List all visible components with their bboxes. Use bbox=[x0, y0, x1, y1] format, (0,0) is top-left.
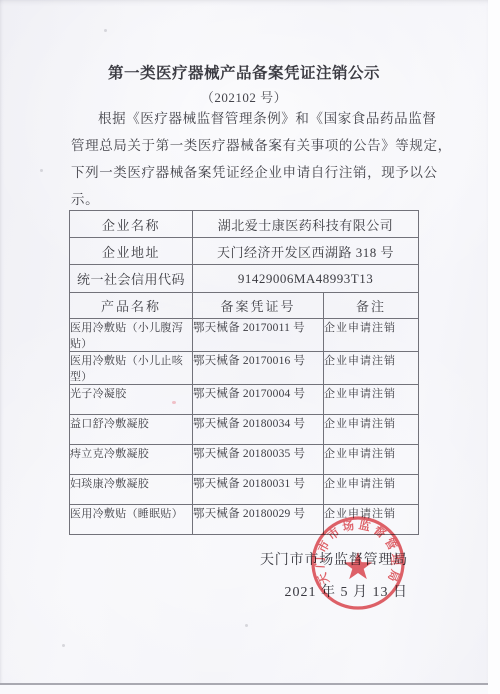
cert-number: 鄂天械备 20180034 号 bbox=[193, 415, 324, 445]
scan-speck bbox=[62, 644, 65, 647]
table-header-row: 产品名称 备案凭证号 备注 bbox=[70, 293, 419, 319]
svg-text:天门市市场监督管理局: 天门市市场监督管理局 bbox=[313, 517, 403, 586]
column-header-note: 备注 bbox=[324, 293, 419, 319]
product-name: 医用冷敷贴（小儿腹泻贴） bbox=[70, 319, 193, 352]
scan-edge-bottom bbox=[0, 685, 488, 694]
table-row: 企业名称 湖北爱士康医药科技有限公司 bbox=[70, 211, 419, 238]
remark: 企业申请注销 bbox=[324, 445, 419, 475]
filing-cancellation-table: 企业名称 湖北爱士康医药科技有限公司 企业地址 天门经济开发区西湖路 318 号… bbox=[69, 210, 419, 535]
column-header-product: 产品名称 bbox=[70, 293, 193, 319]
paragraph-line: 下列一类医疗器械备案凭证经企业申请自行注销，现予以公 bbox=[71, 159, 451, 186]
table-row: 统一社会信用代码 91429006MA48993T13 bbox=[70, 265, 419, 293]
remark: 企业申请注销 bbox=[324, 475, 419, 505]
cert-number: 鄂天械备 20180031 号 bbox=[193, 475, 324, 505]
credit-code-label: 统一社会信用代码 bbox=[70, 265, 193, 293]
paragraph-line: 根据《医疗器械监督管理条例》和《国家食品药品监督 bbox=[71, 105, 451, 132]
paragraph-line: 示。 bbox=[71, 186, 451, 213]
table-row: 痔立克冷敷凝胶 鄂天械备 20180035 号 企业申请注销 bbox=[70, 445, 419, 475]
table-row: 医用冷敷贴（小儿腹泻贴） 鄂天械备 20170011 号 企业申请注销 bbox=[70, 319, 419, 352]
scan-speck bbox=[245, 624, 248, 627]
product-name: 益口舒冷敷凝胶 bbox=[70, 415, 193, 445]
scan-speck bbox=[104, 29, 107, 32]
product-name: 妇琰康冷敷凝胶 bbox=[70, 475, 193, 505]
official-seal-stamp: 天门市市场监督管理局 bbox=[298, 503, 418, 623]
notice-paragraph: 根据《医疗器械监督管理条例》和《国家食品药品监督 管理总局关于第一类医疗器械备案… bbox=[71, 105, 451, 213]
product-name: 医用冷敷贴（小儿止咳型） bbox=[70, 352, 193, 385]
cert-number: 鄂天械备 20170011 号 bbox=[193, 319, 324, 352]
table-row: 医用冷敷贴（小儿止咳型） 鄂天械备 20170016 号 企业申请注销 bbox=[70, 352, 419, 385]
table-row: 企业地址 天门经济开发区西湖路 318 号 bbox=[70, 238, 419, 265]
table-row: 益口舒冷敷凝胶 鄂天械备 20180034 号 企业申请注销 bbox=[70, 415, 419, 445]
cert-number: 鄂天械备 20170016 号 bbox=[193, 352, 324, 385]
company-address-value: 天门经济开发区西湖路 318 号 bbox=[193, 238, 419, 265]
table-row: 妇琰康冷敷凝胶 鄂天械备 20180031 号 企业申请注销 bbox=[70, 475, 419, 505]
column-header-cert: 备案凭证号 bbox=[193, 293, 324, 319]
scan-edge-right bbox=[488, 0, 500, 694]
remark: 企业申请注销 bbox=[324, 319, 419, 352]
cert-number: 鄂天械备 20180035 号 bbox=[193, 445, 324, 475]
seal-ring-text: 天门市市场监督管理局 bbox=[313, 517, 403, 586]
company-address-label: 企业地址 bbox=[70, 238, 193, 265]
credit-code-value: 91429006MA48993T13 bbox=[193, 265, 419, 293]
document-title: 第一类医疗器械产品备案凭证注销公示 bbox=[0, 61, 488, 83]
paragraph-line: 管理总局关于第一类医疗器械备案有关事项的公告》等规定， bbox=[71, 132, 451, 159]
remark: 企业申请注销 bbox=[324, 415, 419, 445]
cert-number: 鄂天械备 20170004 号 bbox=[193, 385, 324, 415]
seal-star-icon bbox=[344, 552, 373, 579]
table-row: 光子冷凝胶 鄂天械备 20170004 号 企业申请注销 bbox=[70, 385, 419, 415]
scan-speck bbox=[40, 169, 43, 172]
product-name: 痔立克冷敷凝胶 bbox=[70, 445, 193, 475]
product-name: 医用冷敷贴（睡眠贴） bbox=[70, 505, 193, 535]
product-name: 光子冷凝胶 bbox=[70, 385, 193, 415]
company-name-label: 企业名称 bbox=[70, 211, 193, 238]
document-number: （202102 号） bbox=[0, 87, 488, 106]
company-name-value: 湖北爱士康医药科技有限公司 bbox=[193, 211, 419, 238]
remark: 企业申请注销 bbox=[324, 352, 419, 385]
remark: 企业申请注销 bbox=[324, 385, 419, 415]
